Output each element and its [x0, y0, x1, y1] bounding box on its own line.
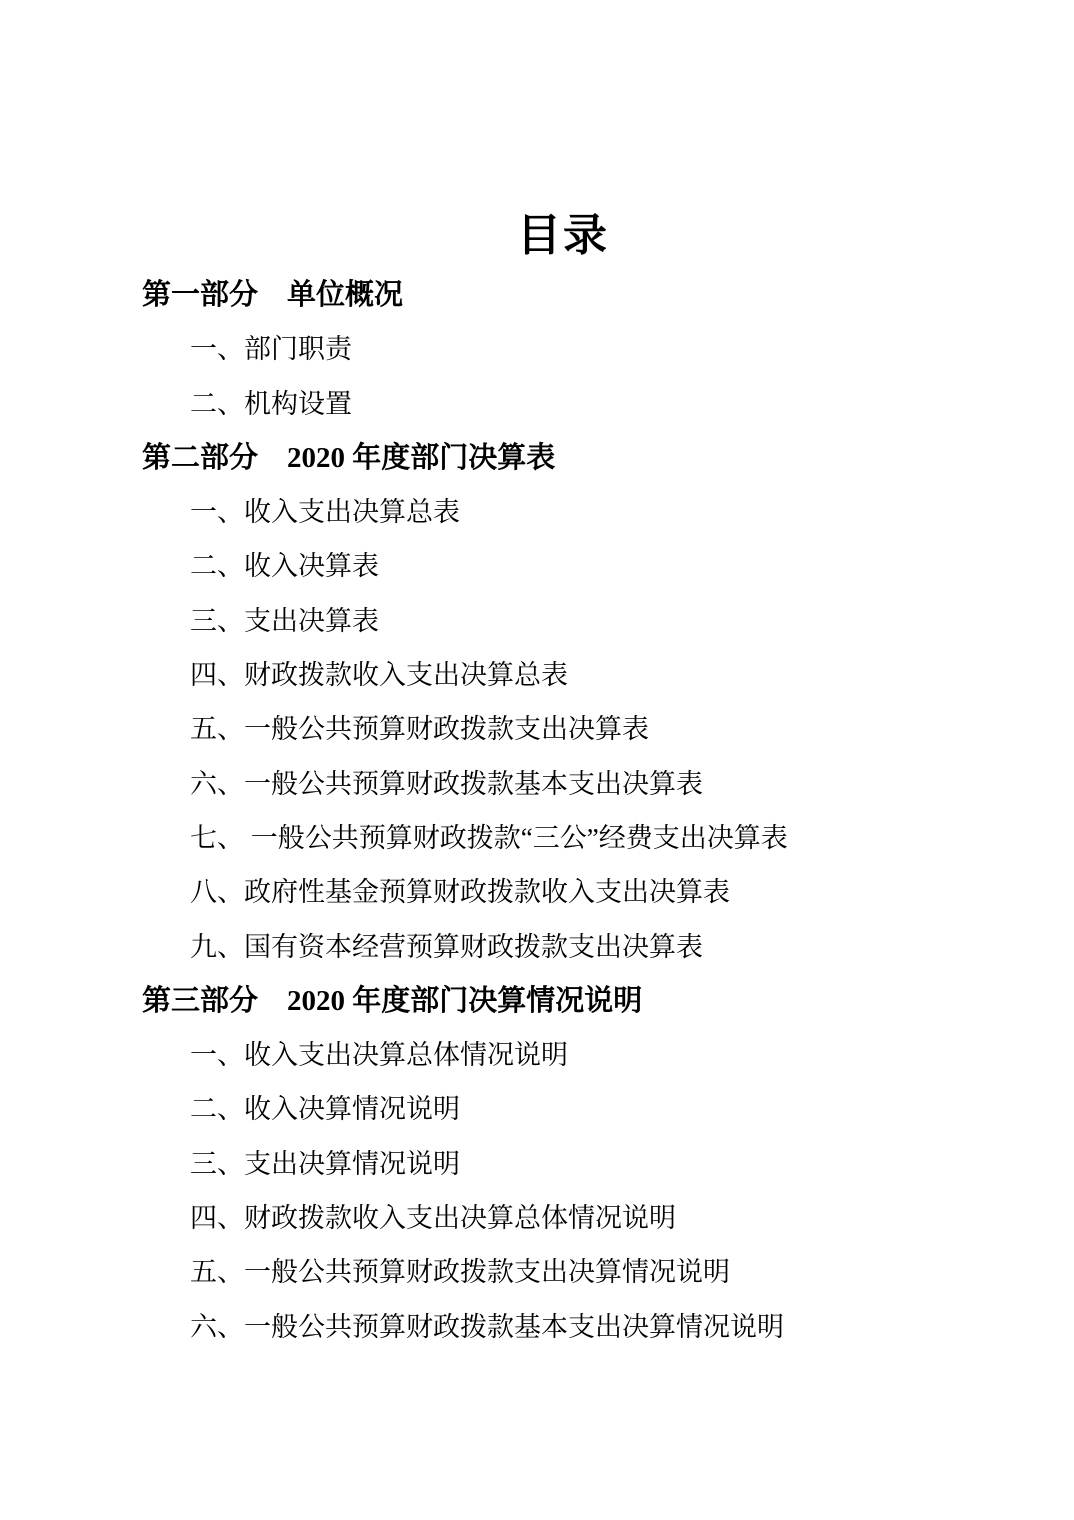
- page-title-text: 目录: [517, 211, 609, 260]
- toc-item: 二、机构设置: [0, 377, 1074, 431]
- toc-item: 四、财政拨款收入支出决算总表: [0, 648, 1074, 702]
- toc-section-1-heading: 第一部分 单位概况: [0, 268, 1074, 322]
- toc-item: 一、收入支出决算总表: [0, 485, 1074, 539]
- toc-item: 七、 一般公共预算财政拨款“三公”经费支出决算表: [0, 811, 1074, 865]
- toc-item: 二、收入决算表: [0, 539, 1074, 593]
- toc-item: 六、一般公共预算财政拨款基本支出决算情况说明: [0, 1300, 1074, 1354]
- toc-item: 二、收入决算情况说明: [0, 1082, 1074, 1136]
- table-of-contents: 第一部分 单位概况 一、部门职责 二、机构设置 第二部分 2020 年度部门决算…: [0, 268, 1074, 1354]
- toc-item: 九、国有资本经营预算财政拨款支出决算表: [0, 920, 1074, 974]
- toc-section-3-heading: 第三部分 2020 年度部门决算情况说明: [0, 974, 1074, 1028]
- toc-item: 八、政府性基金预算财政拨款收入支出决算表: [0, 865, 1074, 919]
- toc-item: 四、财政拨款收入支出决算总体情况说明: [0, 1191, 1074, 1245]
- toc-item: 一、收入支出决算总体情况说明: [0, 1028, 1074, 1082]
- toc-item: 五、一般公共预算财政拨款支出决算情况说明: [0, 1245, 1074, 1299]
- toc-item: 三、支出决算表: [0, 594, 1074, 648]
- toc-item: 一、部门职责: [0, 322, 1074, 376]
- document-page: 目录 第一部分 单位概况 一、部门职责 二、机构设置 第二部分 2020 年度部…: [0, 0, 1074, 1520]
- toc-item: 五、一般公共预算财政拨款支出决算表: [0, 702, 1074, 756]
- toc-item: 六、一般公共预算财政拨款基本支出决算表: [0, 757, 1074, 811]
- toc-item: 三、支出决算情况说明: [0, 1137, 1074, 1191]
- page-title: 目录: [0, 0, 1074, 260]
- toc-section-2-heading: 第二部分 2020 年度部门决算表: [0, 431, 1074, 485]
